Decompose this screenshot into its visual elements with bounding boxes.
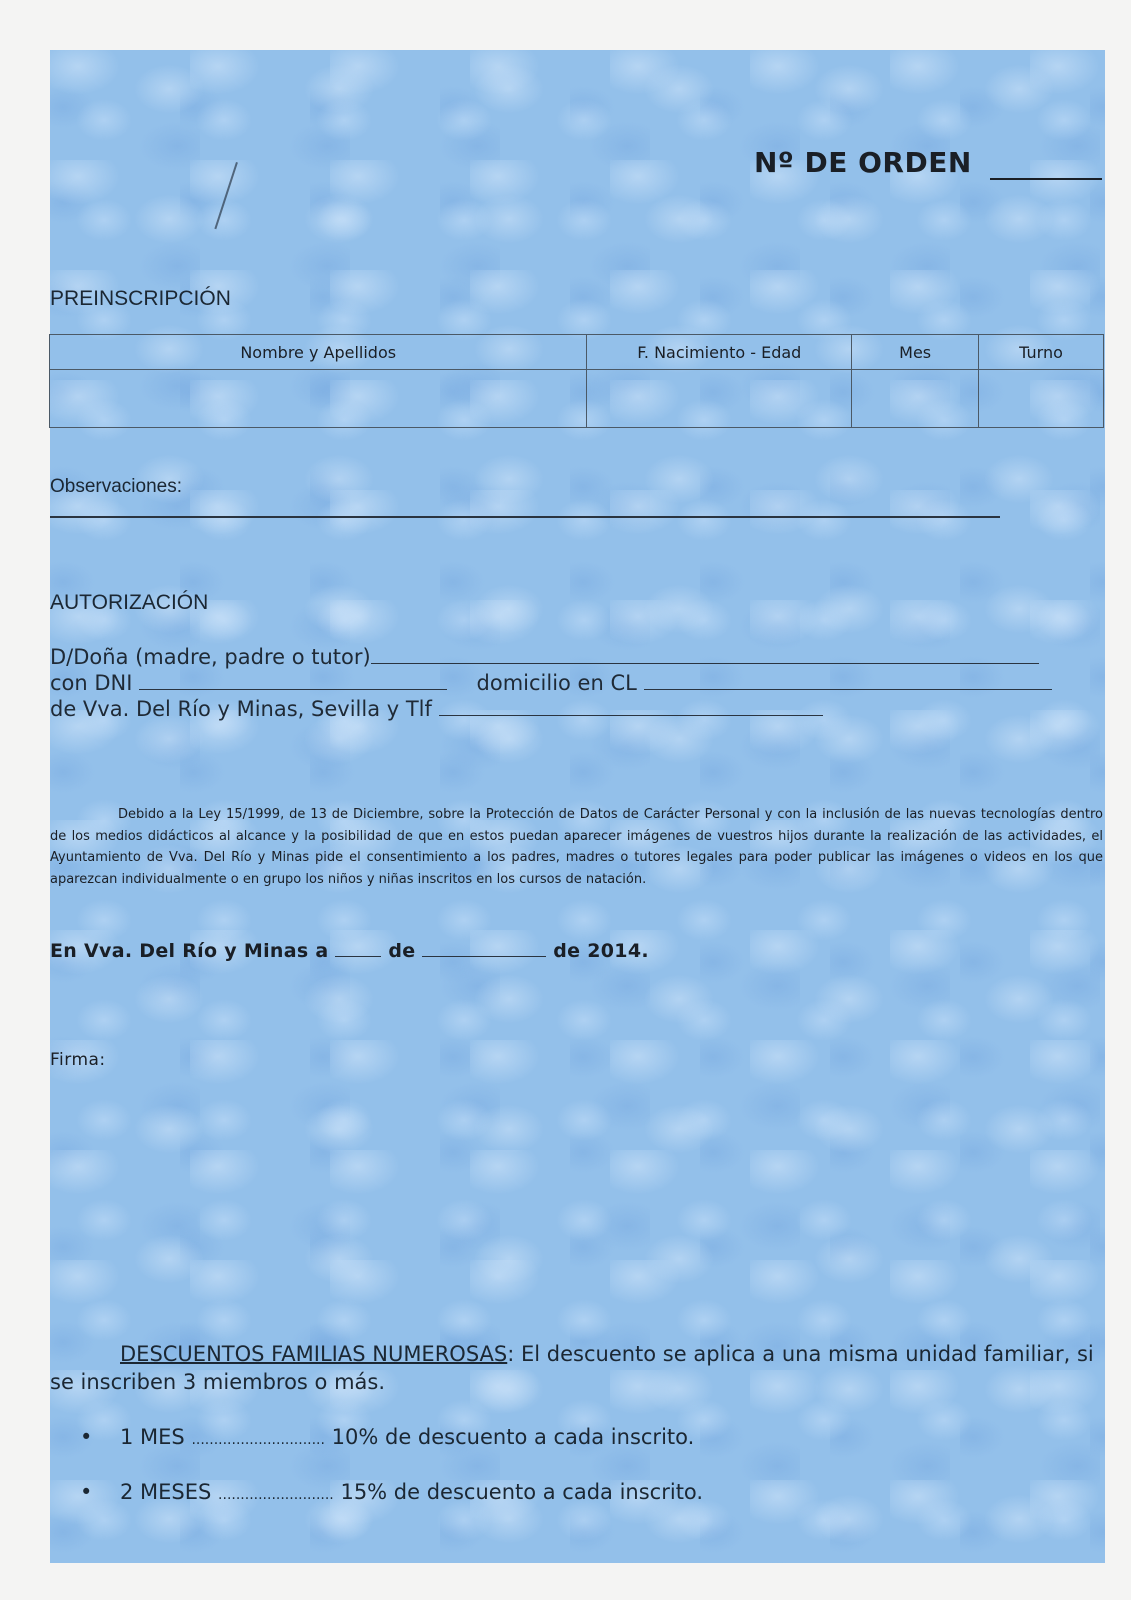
city-phone-line: de Vva. Del Río y Minas, Sevilla y Tlf (50, 697, 823, 721)
column-header-birthdate-age: F. Nacimiento - Edad (587, 335, 852, 370)
dni-address-line: con DNI domicilio en CL (50, 671, 1052, 695)
observations-field[interactable] (50, 516, 1000, 518)
dot-leader: .............................. (191, 1432, 325, 1448)
order-number-field[interactable] (990, 178, 1102, 180)
column-header-month: Mes (852, 335, 979, 370)
discount-period: 1 MES (120, 1425, 185, 1449)
order-number-label: Nº DE ORDEN (754, 146, 972, 179)
date-line: En Vva. Del Río y Minas a de de 2014. (50, 938, 649, 962)
month-field[interactable] (422, 938, 546, 957)
column-header-name: Nombre y Apellidos (50, 335, 587, 370)
phone-field[interactable] (439, 697, 823, 716)
consent-text: Debido a la Ley 15/1999, de 13 de Diciem… (50, 807, 1103, 887)
dni-field[interactable] (139, 671, 447, 690)
column-header-shift: Turno (979, 335, 1104, 370)
birthdate-age-cell[interactable] (587, 370, 852, 428)
observations-label: Observaciones: (50, 476, 182, 498)
table-row (50, 370, 1104, 428)
guardian-field[interactable] (371, 645, 1039, 664)
shift-cell[interactable] (979, 370, 1104, 428)
list-item: •2 MESES .......................... 15% … (80, 1480, 703, 1535)
day-field[interactable] (335, 938, 381, 957)
registration-table: Nombre y Apellidos F. Nacimiento - Edad … (49, 334, 1104, 428)
city-phone-label: de Vva. Del Río y Minas, Sevilla y Tlf (50, 697, 432, 721)
discount-value: 15% de descuento a cada inscrito. (340, 1480, 703, 1504)
bullet-icon: • (80, 1425, 120, 1449)
guardian-label: D/Doña (madre, padre o tutor) (50, 645, 371, 669)
discounts-paragraph: DESCUENTOS FAMILIAS NUMEROSAS: El descue… (50, 1340, 1103, 1396)
date-connector: de (388, 940, 415, 962)
signature-label: Firma: (50, 1050, 106, 1070)
name-cell[interactable] (50, 370, 587, 428)
discounts-title: DESCUENTOS FAMILIAS NUMEROSAS (120, 1342, 507, 1366)
date-prefix: En Vva. Del Río y Minas a (50, 940, 328, 962)
discount-period: 2 MESES (120, 1480, 211, 1504)
consent-paragraph: Debido a la Ley 15/1999, de 13 de Diciem… (50, 804, 1103, 890)
month-cell[interactable] (852, 370, 979, 428)
discounts-list: •1 MES .............................. 10… (80, 1425, 703, 1535)
dni-label: con DNI (50, 671, 132, 695)
discount-value: 10% de descuento a cada inscrito. (332, 1425, 695, 1449)
authorization-heading: AUTORIZACIÓN (50, 591, 208, 615)
date-suffix: de 2014. (553, 940, 649, 962)
guardian-line: D/Doña (madre, padre o tutor) (50, 645, 1039, 669)
dot-leader: .......................... (218, 1487, 334, 1503)
address-field[interactable] (644, 671, 1052, 690)
address-label: domicilio en CL (477, 671, 637, 695)
table-header-row: Nombre y Apellidos F. Nacimiento - Edad … (50, 335, 1104, 370)
preinscription-heading: PREINSCRIPCIÓN (50, 287, 231, 311)
bullet-icon: • (80, 1480, 120, 1504)
list-item: •1 MES .............................. 10… (80, 1425, 703, 1480)
